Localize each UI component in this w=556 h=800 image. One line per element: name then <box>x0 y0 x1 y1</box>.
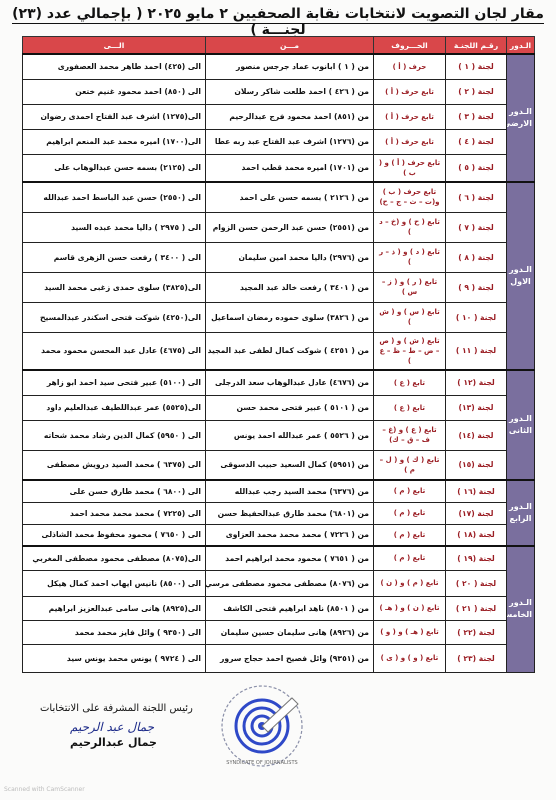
from-cell: من ( ٨٥٠١) ناهد ابراهيم فتحى الكاشف <box>206 596 374 620</box>
to-cell: الى(٨٠٧٥) مصطفى محمود مصطفى المغربي <box>23 546 206 570</box>
table-row: لجنة (٢٣ )تابع ( و ) و ( ى )من (٩٣٥١) وا… <box>23 644 535 672</box>
letters: تابع ( و ) و ( ى ) <box>374 644 446 672</box>
to-cell: الى (٢٥٥٠) حسن عبد الباسط احمد عبدالله <box>23 182 206 212</box>
committee-number: لجنة ( ١ ) <box>446 54 507 79</box>
committee-number: لجنة (١٦ ) <box>446 480 507 502</box>
floor-label: الـدور الثانى <box>507 370 535 480</box>
committee-number: لجنة (١٢ ) <box>446 370 507 395</box>
letters: تابع ( م ) <box>374 502 446 524</box>
letters: تابع ( س ) و ( ش ) <box>374 302 446 332</box>
floor-label: الـدور الارضى <box>507 54 535 182</box>
to-cell: الى (٦٨٠٠ ) محمد طارق حسن على <box>23 480 206 502</box>
table-row: لجنة ( ٢ )تابع حرف ( أ )من ( ٤٢٦ ) احمد … <box>23 79 535 104</box>
letters: تابع حرف ( أ ) <box>374 79 446 104</box>
to-cell: الى(٨٩٢٥) هانى سامى عبدالعزيز ابراهيم <box>23 596 206 620</box>
svg-text:SYNDICATE OF JOURNALISTS: SYNDICATE OF JOURNALISTS <box>226 760 297 766</box>
committee-number: لجنة (١٩ ) <box>446 546 507 570</box>
to-cell: الى(١٢٧٥) اشرف عبد الفتاح احمدى رضوان <box>23 104 206 129</box>
page-title: مقار لجان التصويت لانتخابات نقابة الصحفي… <box>0 6 556 38</box>
table-row: لجنة (١٤)تابع ( ع ) و (غ – ف – ق – ك)من … <box>23 420 535 450</box>
letters: تابع ( ك ) و ( ل – م ) <box>374 450 446 480</box>
from-cell: من (٦٣٧٦) محمد السيد رجب عبدالله <box>206 480 374 502</box>
table-row: الـدور الارضىلجنة ( ١ )حرف ( أ )من ( ١ )… <box>23 54 535 79</box>
from-cell: من (٢٩٧٦) داليا محمد امين سليمان <box>206 242 374 272</box>
signer-name: جمال عبدالرحيم <box>70 736 157 749</box>
floor-label: الـدور الرابع <box>507 480 535 546</box>
table-row: لجنة (١٨ )تابع ( م )من ( ٧٢٢٦ ) محمد محم… <box>23 524 535 546</box>
scanner-watermark: Scanned with CamScanner <box>4 786 85 793</box>
committee-number: لجنة (١٣) <box>446 395 507 420</box>
committee-number: لجنة (١٤) <box>446 420 507 450</box>
letters: تابع ( هـ ) و ( و ) <box>374 620 446 644</box>
table-row: لجنة (١٥)تابع ( ك ) و ( ل – م )من (٥٩٥١)… <box>23 450 535 480</box>
committee-number: لجنة ( ٦ ) <box>446 182 507 212</box>
syndicate-stamp-icon: SYNDICATE OF JOURNALISTS <box>218 682 306 770</box>
letters: تابع ( ر ) و ( ز – س ) <box>374 272 446 302</box>
letters: تابع ( ع ) <box>374 370 446 395</box>
from-cell: من (٦٨٠١) محمد طارق عبدالحفيظ حسن <box>206 502 374 524</box>
from-cell: من (٤٦٧٦) عادل عبدالوهاب سعد الدرجلى <box>206 370 374 395</box>
committee-number: لجنة ( ١٠ ) <box>446 302 507 332</box>
committee-number: لجنة ( ٥ ) <box>446 154 507 182</box>
table-row: لجنة (٢٢ )تابع ( هـ ) و ( و )من (٨٩٢٦) ه… <box>23 620 535 644</box>
to-cell: الى (٩٣٥٠ ) وائل فايز محمد محمد <box>23 620 206 644</box>
committee-number: لجنة ( ٣ ) <box>446 104 507 129</box>
from-cell: من (٨٩٢٦) هانى سليمان حسين سليمان <box>206 620 374 644</box>
table-header-row: الـدور رقـم اللجنـة الحـــروف مـــن الــ… <box>23 37 535 55</box>
from-cell: من ( ٢١٢٦ ) بسمه حسن على احمد <box>206 182 374 212</box>
letters: تابع ( ح ) و (خ – د ) <box>374 212 446 242</box>
header-from: مـــن <box>206 37 374 55</box>
letters: تابع حرف ( ب ) و(ت – ث – ج – ح) <box>374 182 446 212</box>
committee-number: لجنة ( ٢٠ ) <box>446 570 507 596</box>
header-letters: الحـــروف <box>374 37 446 55</box>
to-cell: الى (٧٢٢٥ ) محمد محمد محمد احمد <box>23 502 206 524</box>
committee-number: لجنة ( ٩ ) <box>446 272 507 302</box>
committee-number: لجنة ( ٤ ) <box>446 129 507 154</box>
committee-number: لجنة ( ١١ ) <box>446 332 507 370</box>
letters: تابع ( ش ) و ( ص – ض – ط – ظ – ع ) <box>374 332 446 370</box>
table-row: لجنة ( ٢٠ )تابع ( م ) و ( ن )من (٨٠٧٦) م… <box>23 570 535 596</box>
table-row: لجنة ( ٢١ )تابع ( ن ) و ( هـ )من ( ٨٥٠١)… <box>23 596 535 620</box>
to-cell: الى (٨٥٠) احمد محمود غنيم ختعن <box>23 79 206 104</box>
committee-number: لجنة (١٥) <box>446 450 507 480</box>
committee-number: لجنة ( ٢١ ) <box>446 596 507 620</box>
committee-number: لجنة (٢٢ ) <box>446 620 507 644</box>
letters: تابع حرف ( أ ) و ( ب ) <box>374 154 446 182</box>
table-row: لجنة ( ٥ )تابع حرف ( أ ) و ( ب )من (١٧٠١… <box>23 154 535 182</box>
table-row: لجنة ( ٩ )تابع ( ر ) و ( ز – س )من ( ٣٤٠… <box>23 272 535 302</box>
to-cell: الى (٥١٠٠) عبير فتحى سيد احمد ابو زاهر <box>23 370 206 395</box>
letters: تابع ( د ) و ( ذ – ر ) <box>374 242 446 272</box>
from-cell: من ( ٣٨٢٦) سلوى حموده رمضان اسماعيل <box>206 302 374 332</box>
table-row: لجنة ( ٨ )تابع ( د ) و ( ذ – ر )من (٢٩٧٦… <box>23 242 535 272</box>
from-cell: من (٨٥١) احمد محمود فرج عبدالرحيم <box>206 104 374 129</box>
to-cell: الى (٦٣٧٥ ) محمد السيد درويش مصطفى <box>23 450 206 480</box>
table-row: لجنة ( ٣ )تابع حرف ( أ )من (٨٥١) احمد مح… <box>23 104 535 129</box>
letters: تابع ( م ) <box>374 480 446 502</box>
to-cell: الى ( ٧٦٥٠ ) محمود محفوظ محمد الشاذلى <box>23 524 206 546</box>
committee-number: لجنة (٢٣ ) <box>446 644 507 672</box>
table-row: لجنة ( ١٠ )تابع ( س ) و ( ش )من ( ٣٨٢٦) … <box>23 302 535 332</box>
to-cell: الى(٥٥٢٥) عمر عبداللطيف عبدالعليم داود <box>23 395 206 420</box>
from-cell: من ( ٧٦٥١ ) محمود محمد ابراهيم احمد <box>206 546 374 570</box>
letters: تابع حرف ( أ ) <box>374 104 446 129</box>
table-row: الـدور الخامسلجنة (١٩ )تابع ( م )من ( ٧٦… <box>23 546 535 570</box>
from-cell: من ( ٥٥٢٦ ) عمر عبدالله احمد يونس <box>206 420 374 450</box>
floor-label: الـدور الخامس <box>507 546 535 672</box>
letters: تابع ( م ) <box>374 524 446 546</box>
letters: تابع ( ع ) و (غ – ف – ق – ك) <box>374 420 446 450</box>
to-cell: الى(٣٨٢٥) سلوى حمدى زغبى محمد السيد <box>23 272 206 302</box>
to-cell: الى ( ٥٩٥٠) كمال الدين رشاد محمد شحاته <box>23 420 206 450</box>
from-cell: من (٩٣٥١) وائل فصيح احمد حجاج سرور <box>206 644 374 672</box>
to-cell: الى (٨٥٠٠) نانيس ايهاب احمد كمال هيكل <box>23 570 206 596</box>
to-cell: الى(١٧٠٠) اميره محمد عبد المنعم ابراهيم <box>23 129 206 154</box>
to-cell: الى ( ٢٩٧٥ ) داليا محمد عبده السيد <box>23 212 206 242</box>
committee-number: لجنة ( ٢ ) <box>446 79 507 104</box>
header-floor: الـدور <box>507 37 535 55</box>
letters: حرف ( أ ) <box>374 54 446 79</box>
to-cell: الى (٤٢٥) احمد طاهر محمد العصفورى <box>23 54 206 79</box>
supervising-committee-label: رئيس اللجنة المشرفة على الانتخابات <box>40 703 193 714</box>
committee-number: لجنة ( ٧ ) <box>446 212 507 242</box>
committee-number: لجنة (١٧) <box>446 502 507 524</box>
table-row: الـدور الرابعلجنة (١٦ )تابع ( م )من (٦٣٧… <box>23 480 535 502</box>
committee-number: لجنة ( ٨ ) <box>446 242 507 272</box>
from-cell: من (١٢٧٦) اشرف عبد الفتاح عبد ربه عطا <box>206 129 374 154</box>
table-row: لجنة (١٧)تابع ( م )من (٦٨٠١) محمد طارق ع… <box>23 502 535 524</box>
from-cell: من ( ١ ) ابانوب عماد جرجس منصور <box>206 54 374 79</box>
header-to: الـــى <box>23 37 206 55</box>
from-cell: من ( ٤٢٥١ ) شوكت كمال لطفى عبد المجيد <box>206 332 374 370</box>
letters: تابع حرف ( أ ) <box>374 129 446 154</box>
to-cell: الى(٤٢٥٠) شوكت فتحى اسكندر عبدالمسيح <box>23 302 206 332</box>
letters: تابع ( م ) <box>374 546 446 570</box>
to-cell: الى (٤٦٧٥) عادل عبد المحسن محمود محمد <box>23 332 206 370</box>
from-cell: من (٨٠٧٦) مصطفى محمود مصطفى مرسي <box>206 570 374 596</box>
committees-table: الـدور رقـم اللجنـة الحـــروف مـــن الــ… <box>22 36 535 673</box>
from-cell: من (١٧٠١) اميره محمد قطب احمد <box>206 154 374 182</box>
table-row: الـدور الاوللجنة ( ٦ )تابع حرف ( ب ) و(ت… <box>23 182 535 212</box>
table-row: الـدور الثانىلجنة (١٢ )تابع ( ع )من (٤٦٧… <box>23 370 535 395</box>
from-cell: من (٥٩٥١) كمال السعيد حبيب الدسوقى <box>206 450 374 480</box>
signature: جمال عبد الرحيم <box>70 720 154 734</box>
table-row: لجنة ( ١١ )تابع ( ش ) و ( ص – ض – ط – ظ … <box>23 332 535 370</box>
letters: تابع ( م ) و ( ن ) <box>374 570 446 596</box>
table-row: لجنة (١٣)تابع ( ع )من ( ٥١٠١ ) عبير فتحى… <box>23 395 535 420</box>
table-row: لجنة ( ٧ )تابع ( ح ) و (خ – د )من (٢٥٥١)… <box>23 212 535 242</box>
letters: تابع ( ع ) <box>374 395 446 420</box>
to-cell: الى ( ٩٧٢٤ ) يونس محمد يونس سيد <box>23 644 206 672</box>
from-cell: من ( ٥١٠١ ) عبير فتحى محمد حسن <box>206 395 374 420</box>
letters: تابع ( ن ) و ( هـ ) <box>374 596 446 620</box>
table-row: لجنة ( ٤ )تابع حرف ( أ )من (١٢٧٦) اشرف ع… <box>23 129 535 154</box>
committee-number: لجنة (١٨ ) <box>446 524 507 546</box>
from-cell: من ( ٣٤٠١ ) رفعت خالد عبد المجيد <box>206 272 374 302</box>
header-committee-no: رقـم اللجنـة <box>446 37 507 55</box>
floor-label: الـدور الاول <box>507 182 535 370</box>
from-cell: من ( ٧٢٢٦ ) محمد محمد محمد العزاوى <box>206 524 374 546</box>
from-cell: من (٢٥٥١) حسن عبد الرحمن حسن الزوام <box>206 212 374 242</box>
from-cell: من ( ٤٢٦ ) احمد طلعت شاكر رسلان <box>206 79 374 104</box>
to-cell: الى ( ٣٤٠٠ ) رفعت حسن الزهرى قاسم <box>23 242 206 272</box>
to-cell: الى (٢١٢٥) بسمه حسن عبدالوهاب على <box>23 154 206 182</box>
